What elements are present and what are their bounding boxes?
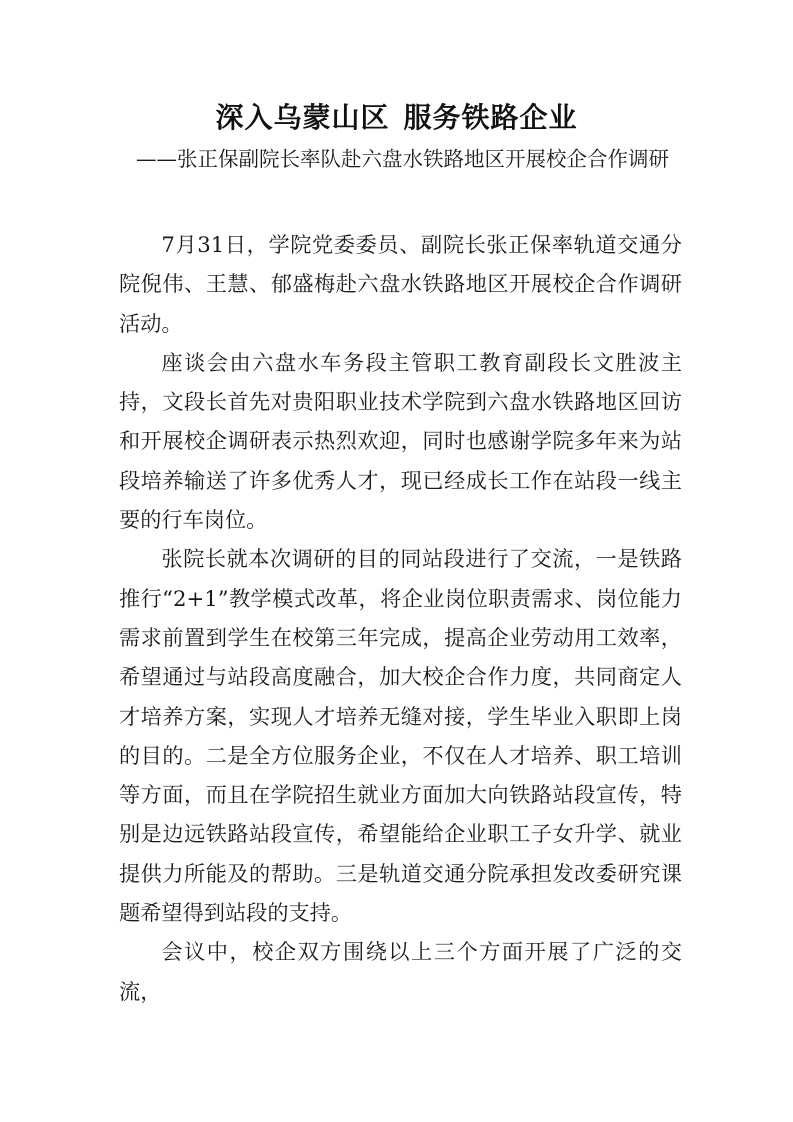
paragraph-4: 会议中，校企双方围绕以上三个方面开展了广泛的交流， <box>119 932 682 1011</box>
document-body: 7月31日，学院党委委员、副院长张正保率轨道交通分院倪伟、王慧、郁盛梅赴六盘水铁… <box>119 225 682 1011</box>
title-part-1: 深入乌蒙山区 <box>215 101 389 134</box>
paragraph-3: 张院长就本次调研的目的同站段进行了交流，一是铁路推行“2+1”教学模式改革，将企… <box>119 539 682 932</box>
paragraph-1: 7月31日，学院党委委员、副院长张正保率轨道交通分院倪伟、王慧、郁盛梅赴六盘水铁… <box>119 225 682 343</box>
paragraph-2: 座谈会由六盘水车务段主管职工教育副段长文胜波主持，文段长首先对贵阳职业技术学院到… <box>119 343 682 539</box>
document-page: 深入乌蒙山区服务铁路企业 ——张正保副院长率队赴六盘水铁路地区开展校企合作调研 … <box>0 0 793 1122</box>
title-part-2: 服务铁路企业 <box>404 101 578 134</box>
document-subtitle: ——张正保副院长率队赴六盘水铁路地区开展校企合作调研 <box>136 144 696 174</box>
document-title: 深入乌蒙山区服务铁路企业 <box>0 98 793 138</box>
